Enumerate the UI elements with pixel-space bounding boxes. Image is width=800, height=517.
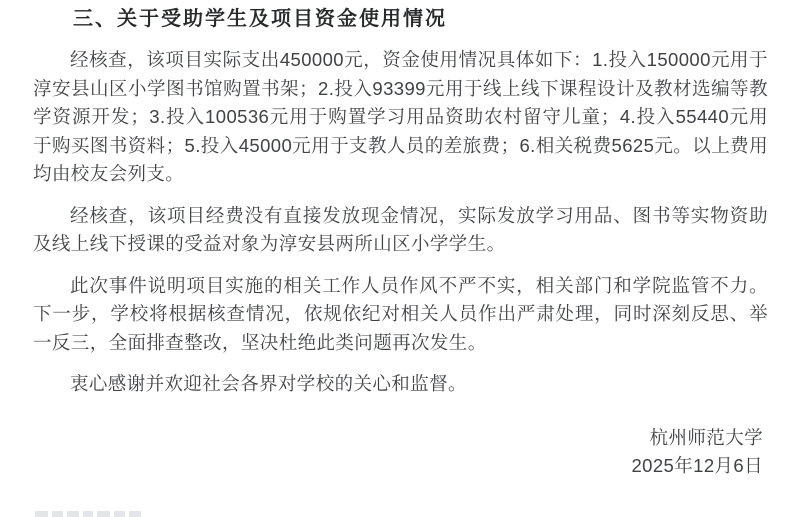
section-title: 三、关于受助学生及项目资金使用情况 (33, 5, 768, 33)
announcement-page: 三、关于受助学生及项目资金使用情况 经核查，该项目实际支出450000元，资金使… (0, 0, 800, 517)
paragraph-accountability: 此次事件说明项目实施的相关工作人员作风不严不实，相关部门和学院监管不力。下一步，… (33, 272, 768, 358)
paragraph-funds-usage: 经核查，该项目实际支出450000元，资金使用情况具体如下：1.投入150000… (33, 46, 768, 189)
paragraph-beneficiaries: 经核查，该项目经费没有直接发放现金情况，实际发放学习用品、图书等实物资助及线上线… (33, 202, 768, 259)
signature-block: 杭州师范大学 2025年12月6日 (33, 424, 768, 481)
paragraph-thanks: 衷心感谢并欢迎社会各界对学校的关心和监督。 (33, 370, 768, 399)
cropped-caption-artifact (35, 511, 141, 517)
signature-organization: 杭州师范大学 (33, 424, 763, 453)
announcement-content: 三、关于受助学生及项目资金使用情况 经核查，该项目实际支出450000元，资金使… (0, 0, 800, 481)
signature-date: 2025年12月6日 (33, 452, 763, 481)
